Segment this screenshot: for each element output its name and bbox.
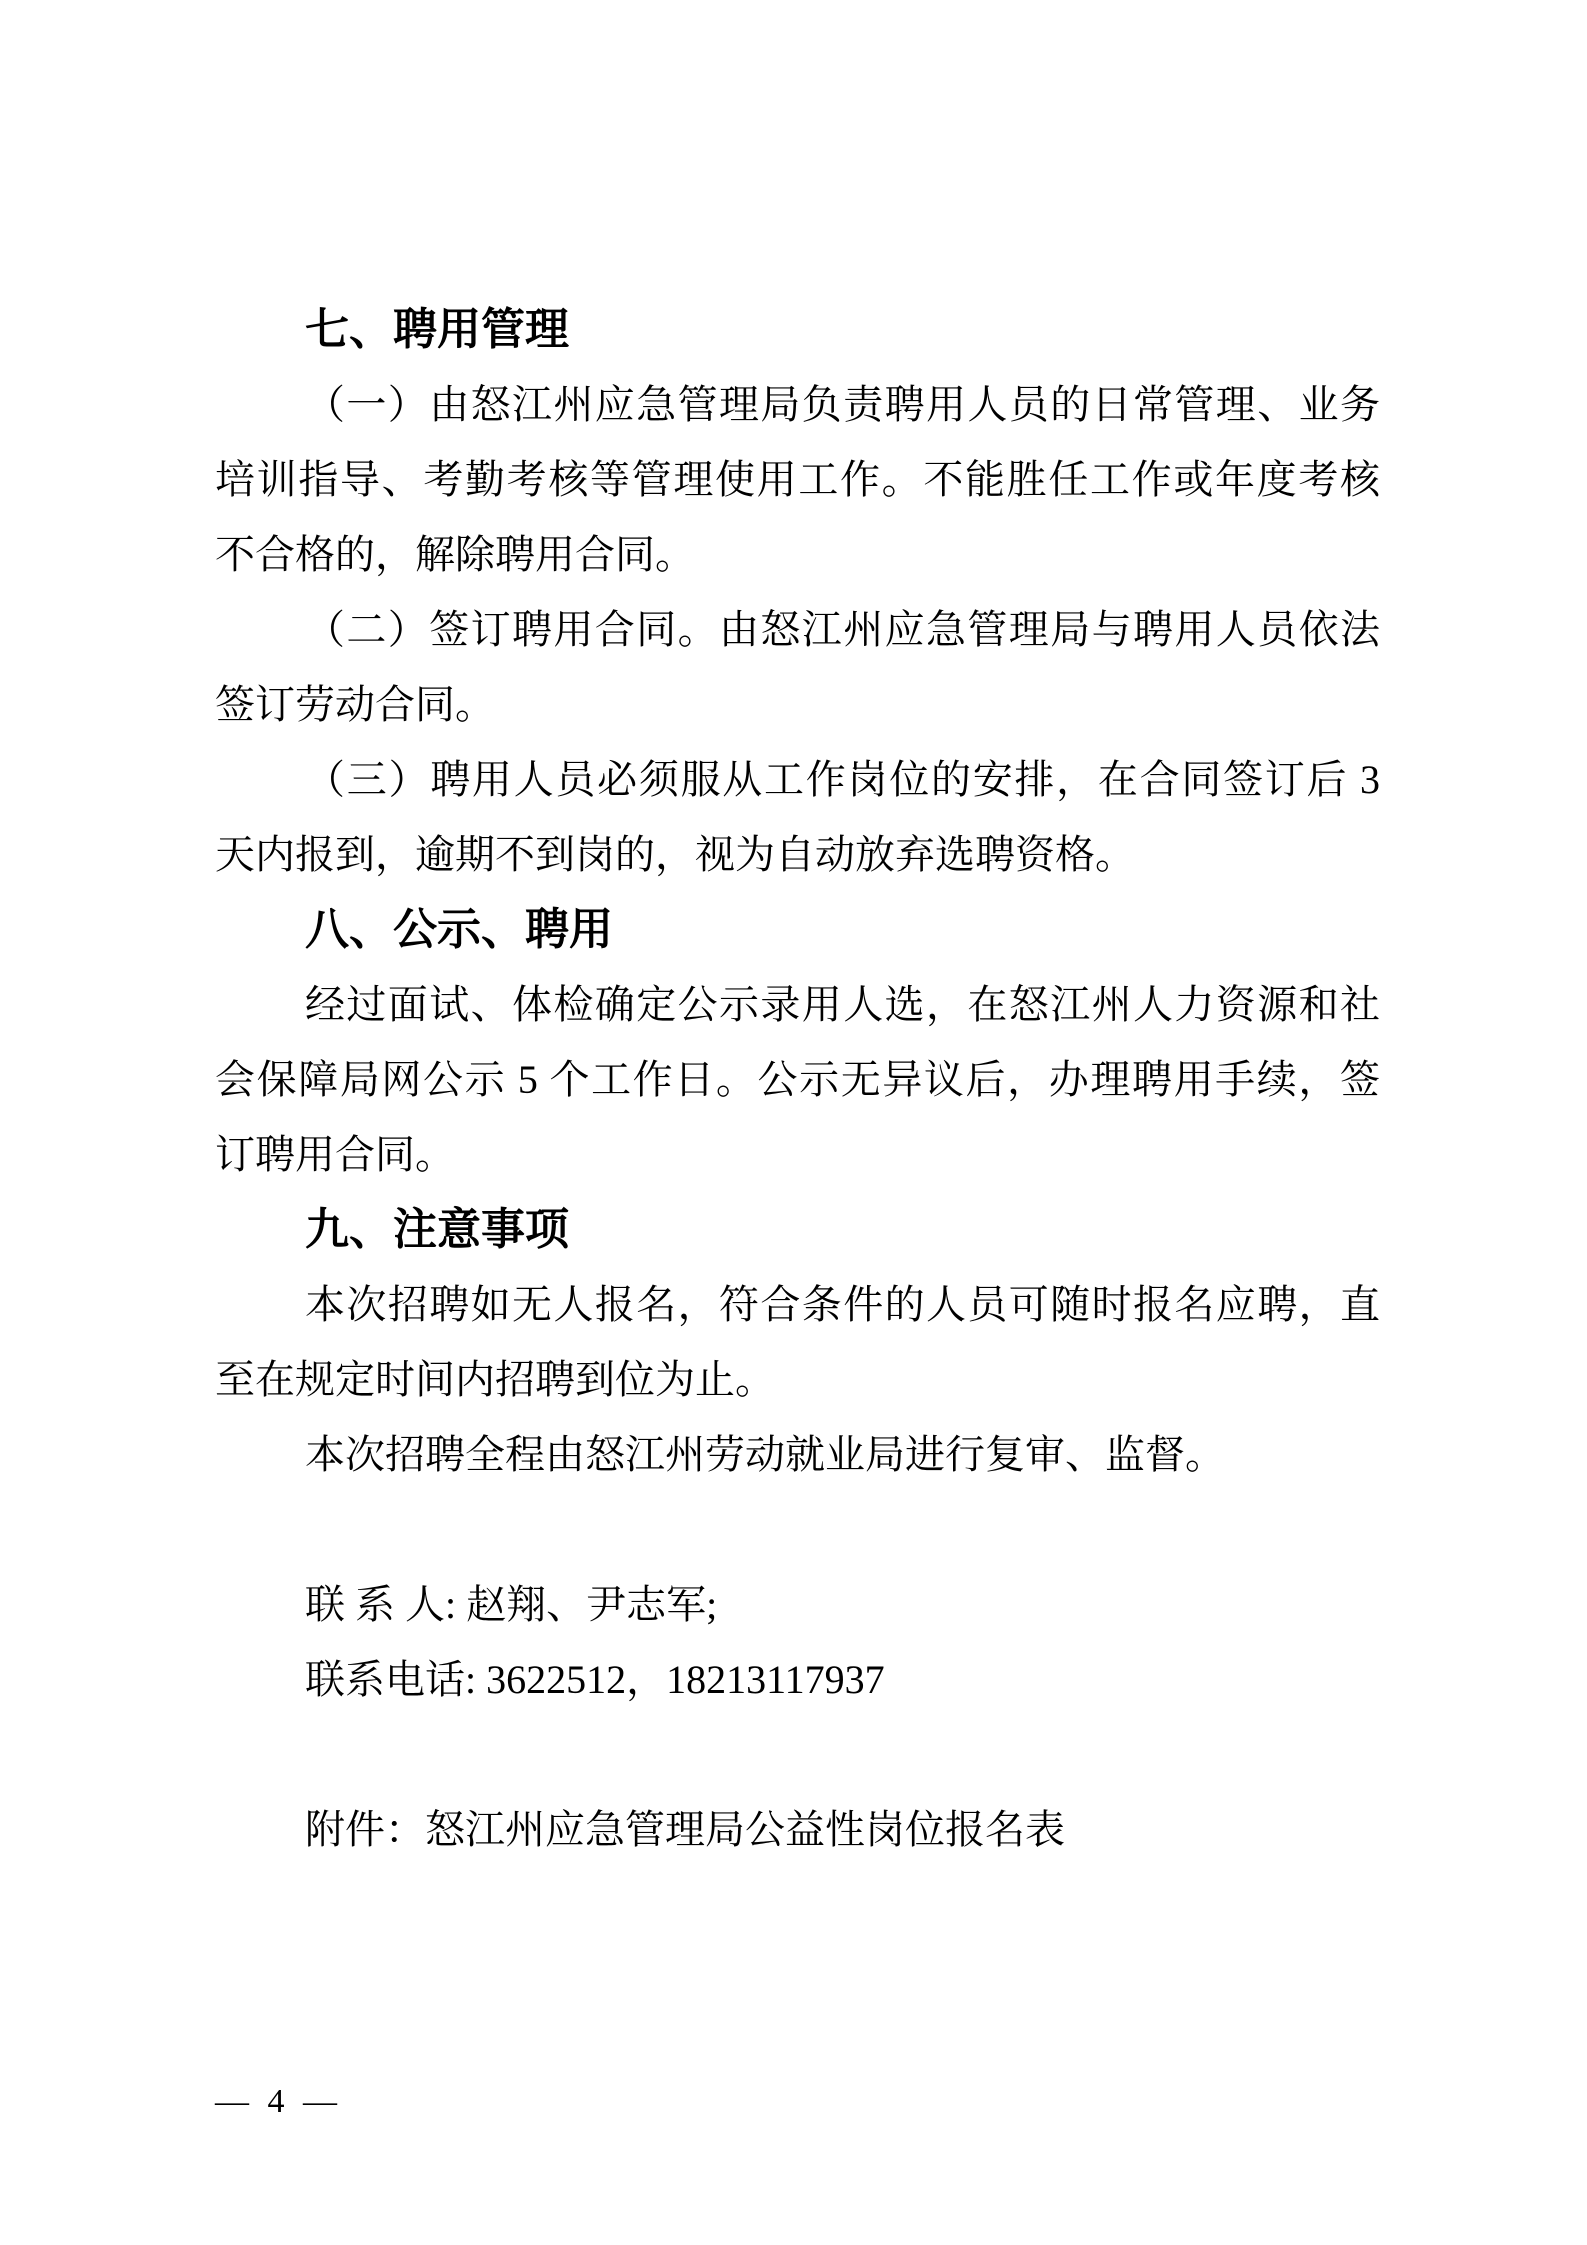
section-7-paragraph-1-line-3: 不合格的，解除聘用合同。 <box>215 517 1380 592</box>
section-7-heading: 七、聘用管理 <box>215 292 1380 367</box>
section-9-paragraph-1-line-2: 至在规定时间内招聘到位为止。 <box>215 1342 1380 1417</box>
document-page: 七、聘用管理 （一）由怒江州应急管理局负责聘用人员的日常管理、业务 培训指导、考… <box>0 0 1587 2245</box>
section-9-paragraph-1-line-1: 本次招聘如无人报名，符合条件的人员可随时报名应聘，直 <box>215 1267 1380 1342</box>
section-7-paragraph-2-line-2: 签订劳动合同。 <box>215 667 1380 742</box>
contact-person-line: 联 系 人: 赵翔、尹志军; <box>215 1567 1380 1642</box>
section-7-paragraph-1-line-2: 培训指导、考勤考核等管理使用工作。不能胜任工作或年度考核 <box>215 442 1380 517</box>
section-7-paragraph-3-line-1: （三）聘用人员必须服从工作岗位的安排，在合同签订后 3 <box>215 742 1380 817</box>
section-8-paragraph-1-line-3: 订聘用合同。 <box>215 1117 1380 1192</box>
document-body: 七、聘用管理 （一）由怒江州应急管理局负责聘用人员的日常管理、业务 培训指导、考… <box>215 292 1380 1867</box>
section-8-paragraph-1-line-1: 经过面试、体检确定公示录用人选，在怒江州人力资源和社 <box>215 967 1380 1042</box>
section-7-paragraph-2-line-1: （二）签订聘用合同。由怒江州应急管理局与聘用人员依法 <box>215 592 1380 667</box>
section-9-paragraph-2-line-1: 本次招聘全程由怒江州劳动就业局进行复审、监督。 <box>215 1417 1380 1492</box>
attachment-line: 附件：怒江州应急管理局公益性岗位报名表 <box>215 1792 1380 1867</box>
contact-phone-line: 联系电话: 3622512，18213117937 <box>215 1642 1380 1717</box>
page-number: — 4 — <box>215 2082 337 2122</box>
section-8-paragraph-1-line-2: 会保障局网公示 5 个工作日。公示无异议后，办理聘用手续，签 <box>215 1042 1380 1117</box>
section-9-heading: 九、注意事项 <box>215 1192 1380 1267</box>
section-7-paragraph-3-line-2: 天内报到，逾期不到岗的，视为自动放弃选聘资格。 <box>215 817 1380 892</box>
section-8-heading: 八、公示、聘用 <box>215 892 1380 967</box>
section-7-paragraph-1-line-1: （一）由怒江州应急管理局负责聘用人员的日常管理、业务 <box>215 367 1380 442</box>
